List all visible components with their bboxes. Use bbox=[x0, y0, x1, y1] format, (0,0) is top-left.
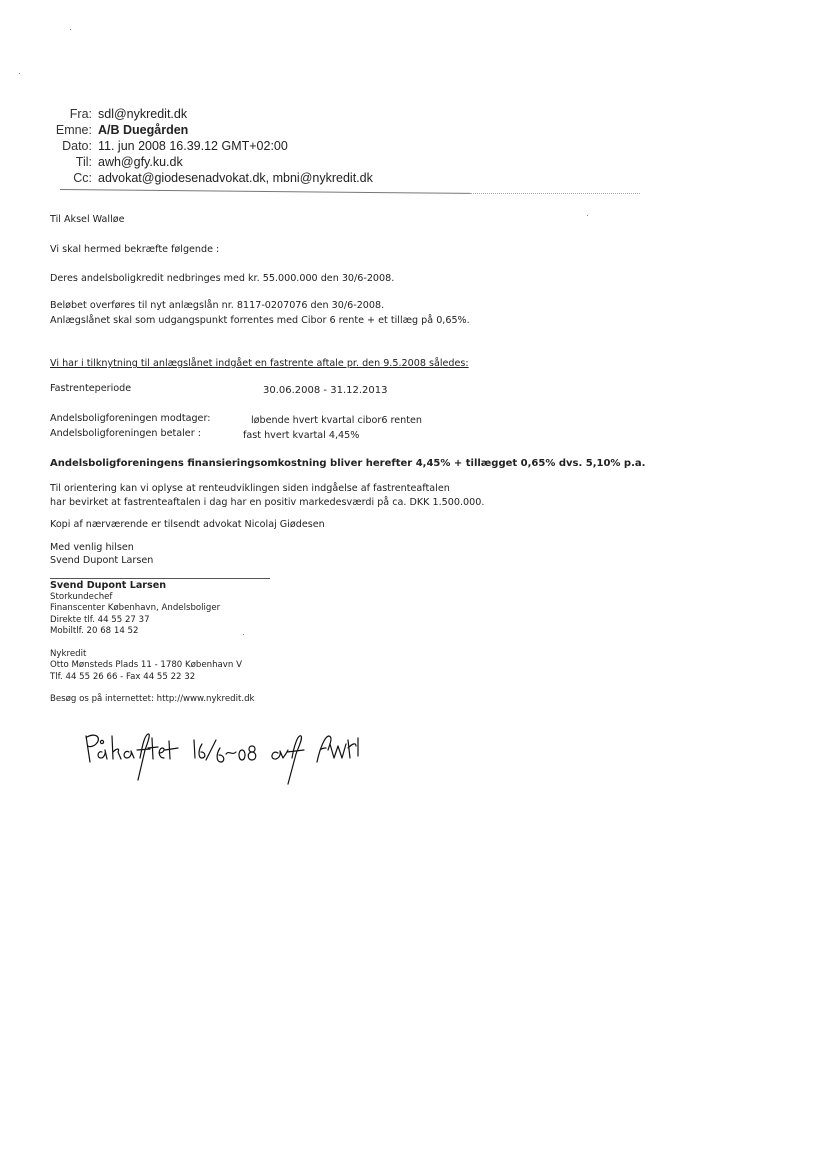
scan-speck bbox=[19, 73, 20, 74]
header-label: Emne: bbox=[48, 122, 98, 138]
header-subject: Emne: A/B Duegården bbox=[48, 122, 373, 138]
header-to: Til: awh@gfy.ku.dk bbox=[48, 154, 373, 170]
handwritten-note bbox=[82, 728, 372, 802]
scan-speck bbox=[587, 215, 588, 216]
signature-title: Storkundechef bbox=[50, 592, 255, 604]
signature-block: Svend Dupont Larsen Storkundechef Finans… bbox=[50, 580, 255, 706]
cost-summary: Andelsboligforeningens finansieringsomko… bbox=[50, 458, 645, 469]
header-label: Til: bbox=[48, 154, 98, 170]
handwriting-strokes bbox=[82, 728, 372, 798]
salutation: Til Aksel Walløe bbox=[50, 214, 125, 225]
header-divider-tail bbox=[470, 193, 640, 194]
signature-mobile: Mobiltlf. 20 68 14 52 bbox=[50, 626, 255, 638]
header-value: 11. jun 2008 16.39.12 GMT+02:00 bbox=[98, 138, 288, 154]
header-value: A/B Duegården bbox=[98, 122, 188, 138]
info-line2: har bevirket at fastrenteaftalen i dag h… bbox=[50, 497, 484, 508]
term-label: Andelsboligforeningen betaler : bbox=[50, 428, 201, 439]
header-label: Fra: bbox=[48, 106, 98, 122]
header-date: Dato: 11. jun 2008 16.39.12 GMT+02:00 bbox=[48, 138, 373, 154]
signature-name: Svend Dupont Larsen bbox=[50, 580, 255, 592]
scanned-letter-page: Fra: sdl@nykredit.dk Emne: A/B Duegården… bbox=[0, 0, 825, 1168]
header-value: sdl@nykredit.dk bbox=[98, 106, 187, 122]
signature-divider bbox=[50, 578, 270, 579]
term-value: fast hvert kvartal 4,45% bbox=[243, 430, 359, 441]
email-header: Fra: sdl@nykredit.dk Emne: A/B Duegården… bbox=[48, 106, 373, 186]
header-cc: Cc: advokat@giodesenadvokat.dk, mbni@nyk… bbox=[48, 170, 373, 186]
signature-department: Finanscenter København, Andelsboliger bbox=[50, 603, 255, 615]
signature-phone-fax: Tlf. 44 55 26 66 - Fax 44 55 22 32 bbox=[50, 672, 255, 684]
closing-name: Svend Dupont Larsen bbox=[50, 555, 153, 566]
scan-speck bbox=[70, 29, 71, 30]
signature-website: Besøg os på internettet: http://www.nykr… bbox=[50, 694, 255, 706]
signature-direct-phone: Direkte tlf. 44 55 27 37 bbox=[50, 615, 255, 627]
header-value: advokat@giodesenadvokat.dk, mbni@nykredi… bbox=[98, 170, 373, 186]
info-line1: Til orientering kan vi oplyse at renteud… bbox=[50, 483, 450, 494]
agreement-heading: Vi har i tilknytning til anlægslånet ind… bbox=[50, 358, 469, 369]
paragraph-reduction: Deres andelsboligkredit nedbringes med k… bbox=[50, 273, 394, 284]
paragraph-transfer-line2: Anlægslånet skal som udgangspunkt forren… bbox=[50, 315, 470, 326]
header-label: Cc: bbox=[48, 170, 98, 186]
header-divider bbox=[60, 189, 470, 194]
signature-address: Otto Mønsteds Plads 11 - 1780 København … bbox=[50, 660, 255, 672]
closing: Med venlig hilsen bbox=[50, 542, 134, 553]
signature-company: Nykredit bbox=[50, 649, 255, 661]
paragraph-transfer-line1: Beløbet overføres til nyt anlægslån nr. … bbox=[50, 300, 384, 311]
intro: Vi skal hermed bekræfte følgende : bbox=[50, 244, 219, 255]
copy-note: Kopi af nærværende er tilsendt advokat N… bbox=[50, 519, 325, 530]
header-label: Dato: bbox=[48, 138, 98, 154]
term-value: 30.06.2008 - 31.12.2013 bbox=[263, 385, 387, 396]
term-label: Fastrenteperiode bbox=[50, 383, 131, 394]
term-label: Andelsboligforeningen modtager: bbox=[50, 413, 210, 424]
header-value: awh@gfy.ku.dk bbox=[98, 154, 183, 170]
term-value: løbende hvert kvartal cibor6 renten bbox=[251, 415, 422, 426]
header-from: Fra: sdl@nykredit.dk bbox=[48, 106, 373, 122]
